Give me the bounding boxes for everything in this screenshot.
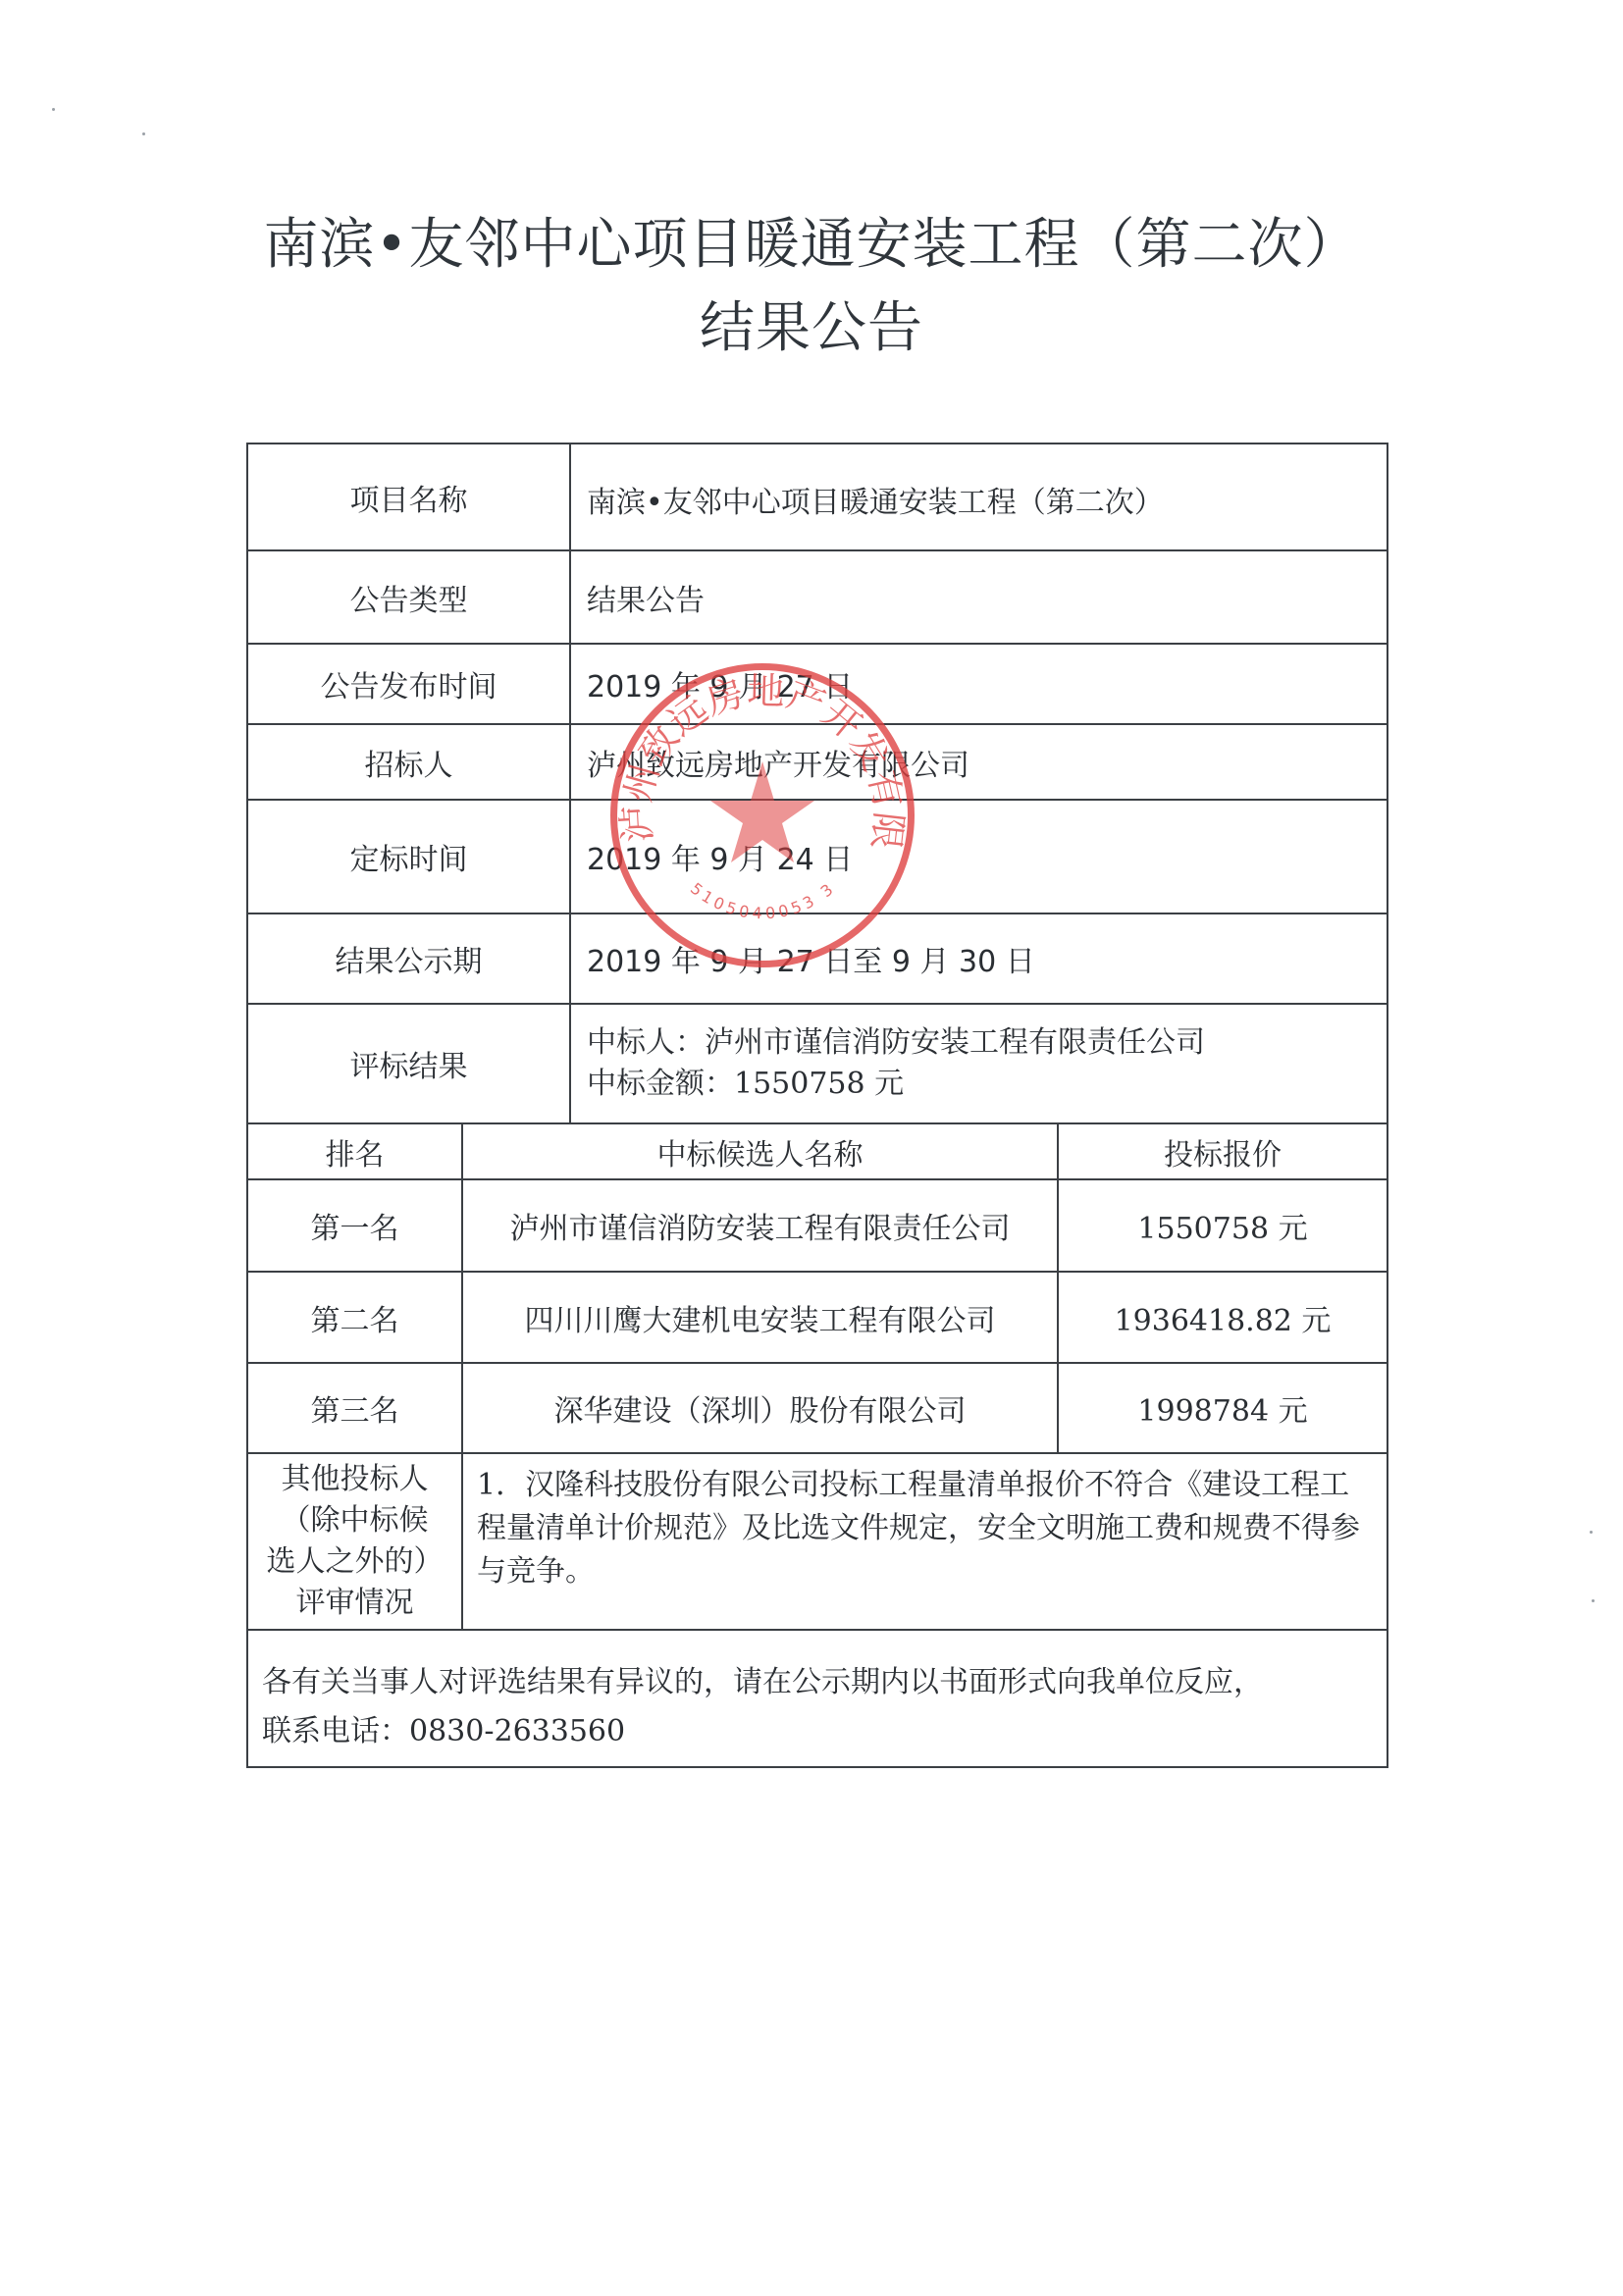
info-row-notice-type: 公告类型 结果公告: [247, 550, 1387, 644]
scan-speck: [52, 108, 55, 111]
scan-speck: [1592, 1599, 1595, 1602]
value-evaluation-result: 中标人：泸州市谨信消防安装工程有限责任公司 中标金额：1550758 元: [570, 1004, 1387, 1123]
label-publicity-period: 结果公示期: [247, 913, 570, 1004]
info-row-tenderer: 招标人 泸州致远房地产开发有限公司: [247, 724, 1387, 800]
value-publish-date: 2019 年 9 月 27 日: [570, 644, 1387, 724]
label-publish-date: 公告发布时间: [247, 644, 570, 724]
objection-notice: 各有关当事人对评选结果有异议的，请在公示期内以书面形式向我单位反应， 联系电话：…: [247, 1630, 1387, 1767]
evaluation-result-row: 评标结果 中标人：泸州市谨信消防安装工程有限责任公司 中标金额：1550758 …: [247, 1004, 1387, 1123]
value-award-date: 2019 年 9 月 24 日: [570, 800, 1387, 913]
label-notice-type: 公告类型: [247, 550, 570, 644]
document-subtitle: 结果公告: [0, 285, 1623, 363]
candidate-rank: 第一名: [247, 1179, 462, 1272]
candidate-name: 深华建设（深圳）股份有限公司: [462, 1363, 1058, 1453]
candidate-price: 1936418.82 元: [1058, 1272, 1387, 1363]
notice-line: 各有关当事人对评选结果有异议的，请在公示期内以书面形式向我单位反应，: [262, 1658, 1373, 1707]
candidate-row: 第一名 泸州市谨信消防安装工程有限责任公司 1550758 元: [247, 1179, 1387, 1272]
scan-speck: [142, 132, 145, 135]
header-rank: 排名: [247, 1123, 462, 1179]
value-publicity-period: 2019 年 9 月 27 日至 9 月 30 日: [570, 913, 1387, 1004]
info-row-award-date: 定标时间 2019 年 9 月 24 日: [247, 800, 1387, 913]
candidate-row: 第三名 深华建设（深圳）股份有限公司 1998784 元: [247, 1363, 1387, 1453]
other-bidders-row: 其他投标人 （除中标候 选人之外的） 评审情况 1．汉隆科技股份有限公司投标工程…: [247, 1453, 1387, 1630]
candidate-row: 第二名 四川川鹰大建机电安装工程有限公司 1936418.82 元: [247, 1272, 1387, 1363]
winner-line: 中标人：泸州市谨信消防安装工程有限责任公司: [587, 1022, 1387, 1064]
label-other-bidders: 其他投标人 （除中标候 选人之外的） 评审情况: [247, 1453, 462, 1630]
header-candidate-name: 中标候选人名称: [462, 1123, 1058, 1179]
label-award-date: 定标时间: [247, 800, 570, 913]
info-row-project-name: 项目名称 南滨•友邻中心项目暖通安装工程（第二次）: [247, 444, 1387, 550]
scan-speck: [1590, 1531, 1593, 1534]
candidate-rank: 第三名: [247, 1363, 462, 1453]
candidate-name: 四川川鹰大建机电安装工程有限公司: [462, 1272, 1058, 1363]
winning-amount-line: 中标金额：1550758 元: [587, 1064, 1387, 1105]
candidate-name: 泸州市谨信消防安装工程有限责任公司: [462, 1179, 1058, 1272]
other-bidders-review-text: 1．汉隆科技股份有限公司投标工程量清单报价不符合《建设工程工程量清单计价规范》及…: [462, 1453, 1387, 1630]
label-evaluation-result: 评标结果: [247, 1004, 570, 1123]
info-row-publicity-period: 结果公示期 2019 年 9 月 27 日至 9 月 30 日: [247, 913, 1387, 1004]
info-row-publish-date: 公告发布时间 2019 年 9 月 27 日: [247, 644, 1387, 724]
candidate-rank: 第二名: [247, 1272, 462, 1363]
contact-phone-line: 联系电话：0830-2633560: [262, 1707, 1373, 1756]
label-line: （除中标候: [248, 1500, 461, 1541]
label-line: 评审情况: [248, 1583, 461, 1624]
announcement-table: 项目名称 南滨•友邻中心项目暖通安装工程（第二次） 公告类型 结果公告 公告发布…: [246, 443, 1388, 1768]
document-title: 南滨•友邻中心项目暖通安装工程（第二次）: [0, 201, 1623, 280]
candidate-price: 1550758 元: [1058, 1179, 1387, 1272]
value-notice-type: 结果公告: [570, 550, 1387, 644]
objection-notice-row: 各有关当事人对评选结果有异议的，请在公示期内以书面形式向我单位反应， 联系电话：…: [247, 1630, 1387, 1767]
value-project-name: 南滨•友邻中心项目暖通安装工程（第二次）: [570, 444, 1387, 550]
label-tenderer: 招标人: [247, 724, 570, 800]
candidate-price: 1998784 元: [1058, 1363, 1387, 1453]
header-bid-price: 投标报价: [1058, 1123, 1387, 1179]
value-tenderer: 泸州致远房地产开发有限公司: [570, 724, 1387, 800]
label-line: 其他投标人: [248, 1459, 461, 1500]
label-line: 选人之外的）: [248, 1541, 461, 1583]
candidates-header-row: 排名 中标候选人名称 投标报价: [247, 1123, 1387, 1179]
label-project-name: 项目名称: [247, 444, 570, 550]
